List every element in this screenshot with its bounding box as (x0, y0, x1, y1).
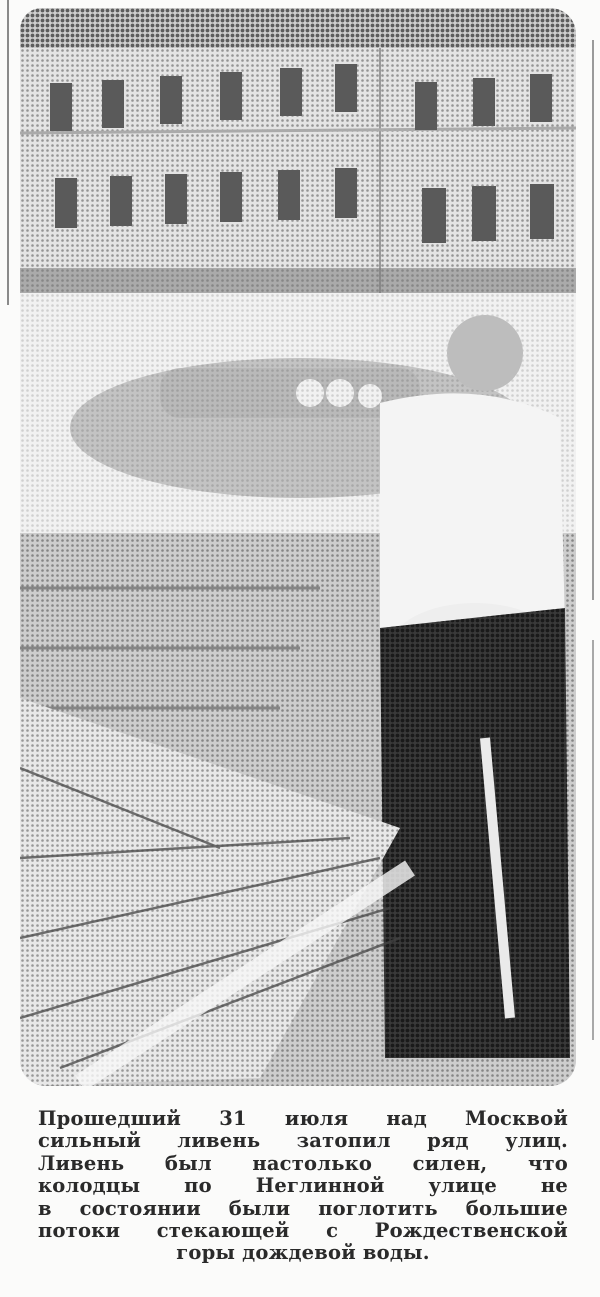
column-rule-right (592, 40, 594, 600)
caption-line-3: Ливень был настолько силен, что (38, 1153, 568, 1175)
man-figure (380, 315, 570, 1058)
photo-caption: Прошедший 31 июля над Москвой сильный ли… (38, 1108, 568, 1265)
halftone-photo (20, 8, 576, 1086)
column-rule-right-lower (592, 640, 594, 1040)
column-rule-left (7, 0, 9, 305)
caption-line-6: потоки стекающей с Рождественской (38, 1220, 568, 1242)
caption-line-5: в состоянии были поглотить большие (38, 1198, 568, 1220)
photo-illustration (20, 8, 576, 1086)
caption-line-2: сильный ливень затопил ряд улиц. (38, 1130, 568, 1152)
caption-line-4: колодцы по Неглинной улице не (38, 1175, 568, 1197)
caption-line-7: горы дождевой воды. (38, 1242, 568, 1264)
caption-line-1: Прошедший 31 июля над Москвой (38, 1108, 568, 1130)
